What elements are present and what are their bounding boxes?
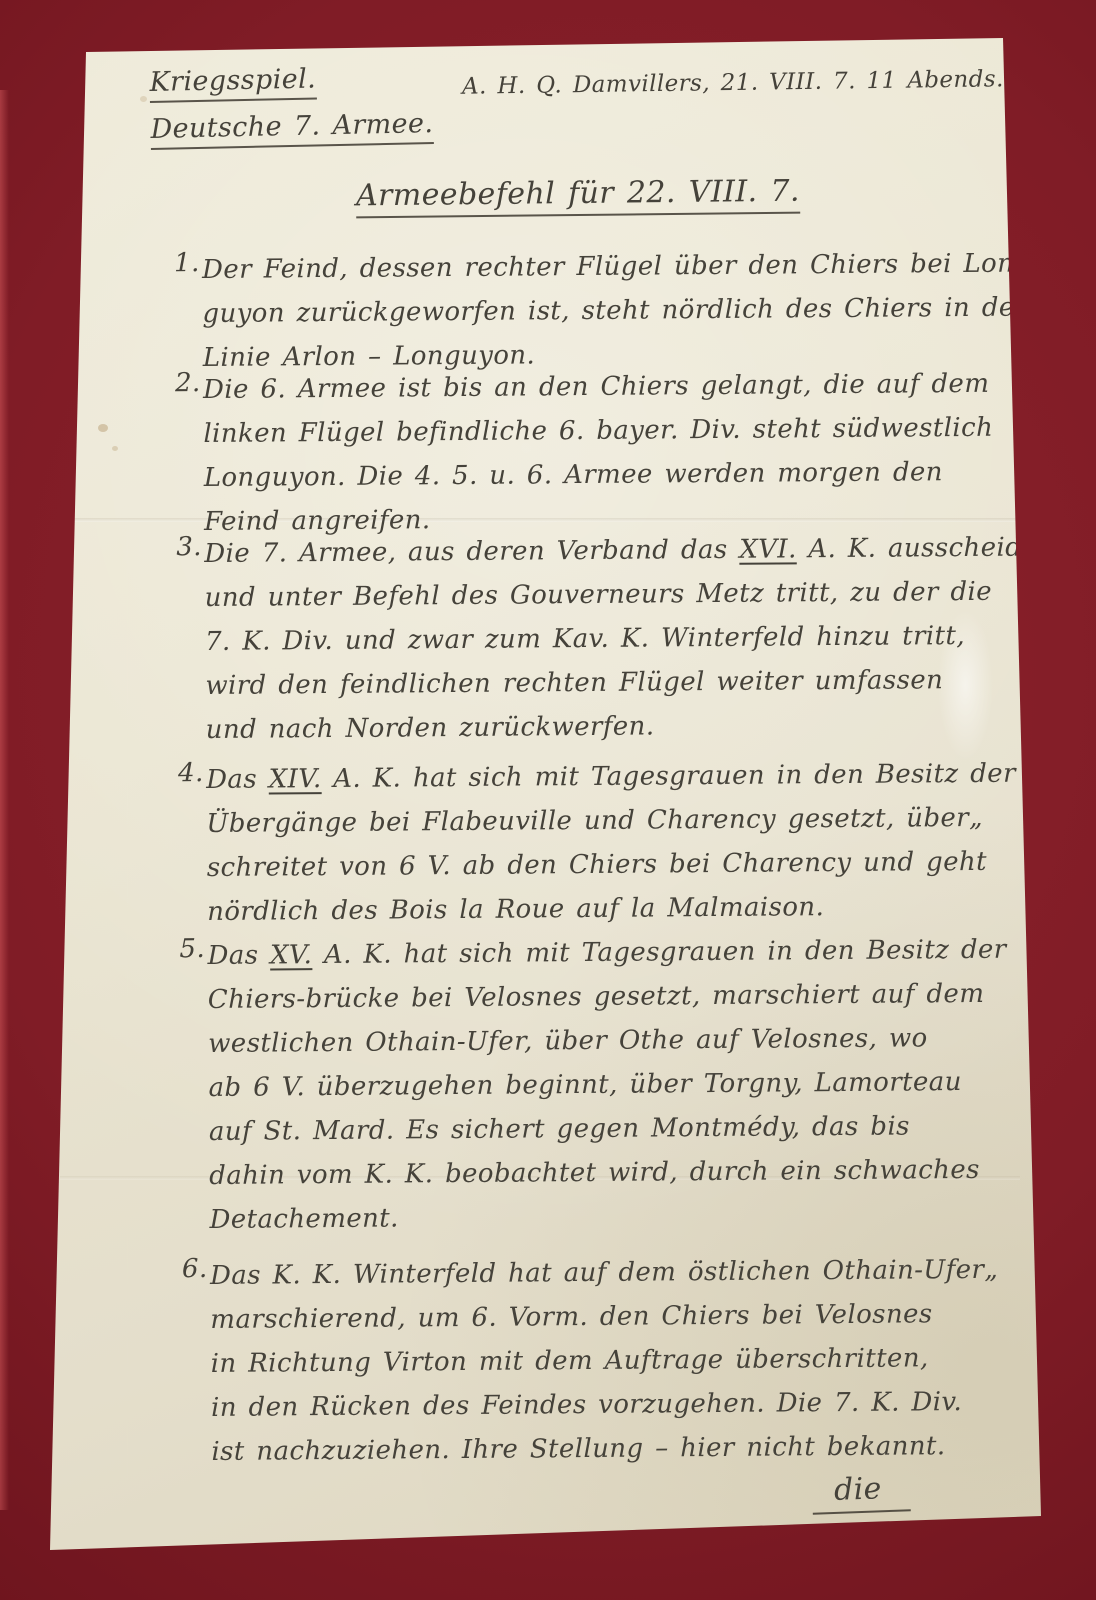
handwritten-line: ist nachzuziehen. Ihre Stellung – hier n… (211, 1424, 1000, 1474)
handwritten-line: und unter Befehl des Gouverneurs Metz tr… (205, 569, 1058, 620)
photo-edge-light (0, 90, 9, 1510)
handwritten-line: Longuyon. Die 4. 5. u. 6. Armee werden m… (204, 450, 994, 500)
header-unit: Deutsche 7. Armee. (150, 108, 433, 145)
paragraph-number: 6. (182, 1254, 208, 1284)
paper-stain (140, 96, 147, 102)
handwritten-line: Die 7. Armee, aus deren Verband das XVI.… (204, 525, 1057, 576)
handwritten-line: guyon zurückgeworfen ist, steht nördlich… (202, 286, 1028, 336)
handwritten-line: Das K. K. Winterfeld hat auf dem östlich… (210, 1248, 999, 1298)
paragraph-number: 1. (174, 248, 200, 278)
handwritten-line: Übergänge bei Flabeuville und Charency g… (206, 796, 1016, 846)
corps-numeral: XVI. (739, 534, 797, 564)
dateline: A. H. Q. Damvillers, 21. VIII. 7. 11 Abe… (462, 66, 1004, 100)
handwritten-line: Der Feind, dessen rechter Flügel über de… (202, 242, 1028, 292)
handwritten-line: schreitet von 6 V. ab den Chiers bei Cha… (207, 840, 1017, 890)
handwritten-line: Chiers-brücke bei Velosnes gesetzt, mars… (208, 972, 1007, 1022)
handwritten-line: wird den feindlichen rechten Flügel weit… (205, 657, 1058, 708)
handwritten-line: auf St. Mard. Es sichert gegen Montmédy,… (209, 1104, 1008, 1154)
header-classification: Kriegsspiel. (149, 61, 432, 98)
handwritten-line: nördlich des Bois la Roue auf la Malmais… (207, 884, 1017, 934)
order-paragraph-4: 4. Das XIV. A. K. hat sich mit Tagesgrau… (206, 752, 1017, 934)
corps-numeral: XV. (270, 940, 312, 970)
handwritten-line: ab 6 V. überzugehen beginnt, über Torgny… (208, 1060, 1007, 1110)
handwritten-line: in Richtung Virton mit dem Auftrage über… (211, 1336, 1000, 1386)
header-left: Kriegsspiel. Deutsche 7. Armee. (149, 61, 433, 145)
order-paragraph-3: 3. Die 7. Armee, aus deren Verband das X… (204, 525, 1059, 752)
handwritten-line: dahin vom K. K. beobachtet wird, durch e… (209, 1148, 1008, 1198)
paragraph-number: 2. (175, 368, 201, 398)
order-paragraph-2: 2. Die 6. Armee ist bis an den Chiers ge… (203, 362, 994, 544)
document-title: Armeebefehl für 22. VIII. 7. (356, 174, 800, 214)
handwritten-line: Die 6. Armee ist bis an den Chiers gelan… (203, 362, 993, 412)
order-paragraph-5: 5. Das XV. A. K. hat sich mit Tagesgraue… (207, 928, 1008, 1242)
handwritten-letter-sheet: Kriegsspiel. Deutsche 7. Armee. A. H. Q.… (0, 0, 1096, 1600)
paragraph-number: 4. (178, 758, 204, 788)
order-paragraph-6: 6. Das K. K. Winterfeld hat auf dem östl… (210, 1248, 1000, 1474)
handwritten-line: marschierend, um 6. Vorm. den Chiers bei… (210, 1292, 999, 1342)
corps-numeral: XIV. (269, 764, 322, 794)
paragraph-number: 5. (179, 934, 205, 964)
catchword: die (811, 1470, 910, 1508)
document-photo: Kriegsspiel. Deutsche 7. Armee. A. H. Q.… (0, 0, 1096, 1600)
handwritten-line: linken Flügel befindliche 6. bayer. Div.… (203, 406, 993, 456)
paper-stain (98, 424, 108, 432)
order-paragraph-1: 1. Der Feind, dessen rechter Flügel über… (202, 242, 1029, 380)
handwritten-line: 7. K. Div. und zwar zum Kav. K. Winterfe… (205, 613, 1058, 664)
handwritten-line: westlichen Othain-Ufer, über Othe auf Ve… (208, 1016, 1007, 1066)
handwritten-line: in den Rücken des Feindes vorzugehen. Di… (211, 1380, 1000, 1430)
handwritten-line: Das XV. A. K. hat sich mit Tagesgrauen i… (207, 928, 1006, 978)
handwritten-line: und nach Norden zurückwerfen. (206, 701, 1059, 752)
handwritten-line: Das XIV. A. K. hat sich mit Tagesgrauen … (206, 752, 1016, 802)
paragraph-number: 3. (176, 532, 202, 562)
paper-stain (112, 446, 118, 451)
handwritten-line: Detachement. (209, 1192, 1008, 1242)
